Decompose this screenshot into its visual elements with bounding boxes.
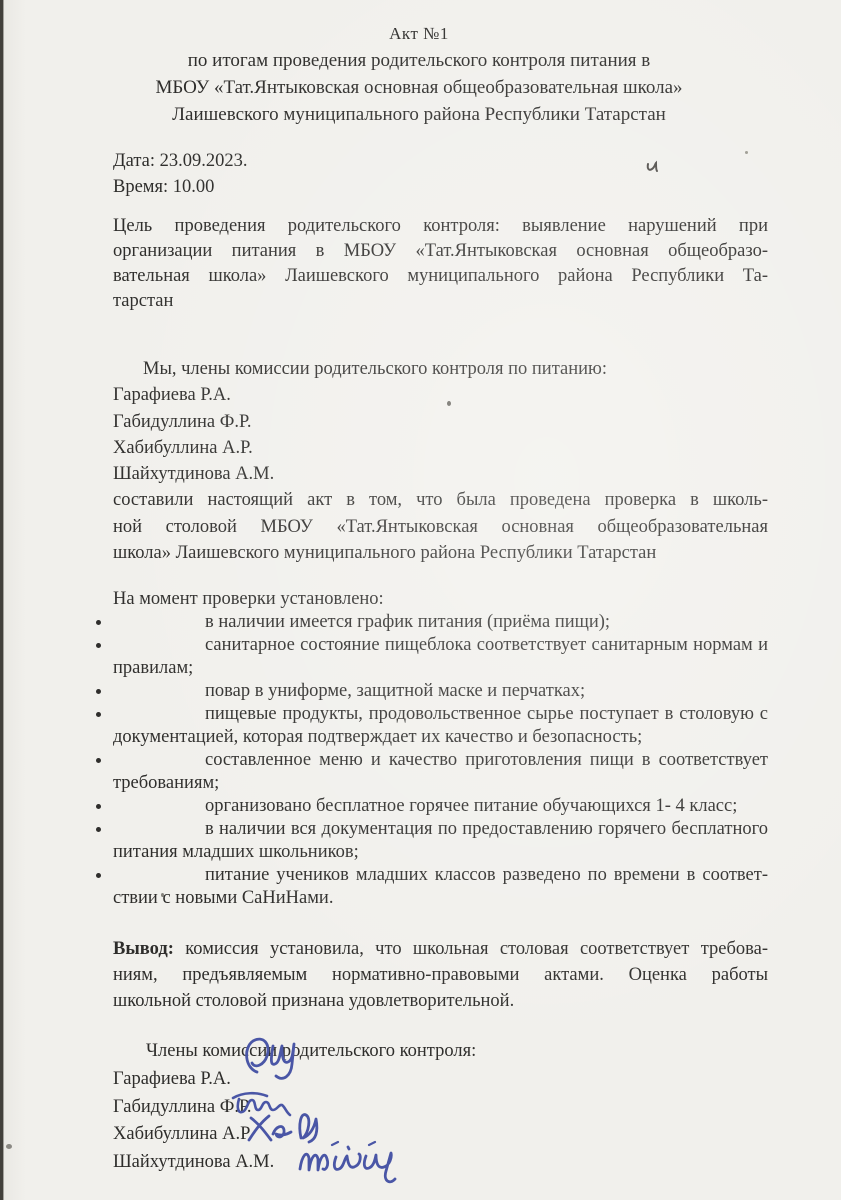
signatory-row: Габидуллина Ф.Р. — [113, 1094, 768, 1122]
time-line: Время: 10.00 — [113, 174, 768, 200]
purpose-line: вательная школа» Лаишевского муниципальн… — [113, 264, 768, 289]
title-line: Лаишевского муниципального района Респуб… — [113, 101, 725, 128]
scan-speck — [161, 893, 164, 897]
commission-member: Габидуллина Ф.Р. — [113, 409, 768, 435]
finding-line: санитарное состояние пищеблока соответст… — [113, 634, 768, 657]
conclusion-line: школьной столовой признана удовлетворите… — [113, 988, 768, 1014]
scanned-document: { "colors": { "paper": "#f1f0ec", "ink_t… — [0, 0, 841, 1200]
conclusion-label: Вывод: — [113, 939, 174, 959]
title-line: МБОУ «Тат.Янтыковская основная общеобраз… — [113, 74, 725, 101]
finding-line: повар в униформе, защитной маске и перча… — [113, 680, 768, 703]
finding-line: организовано бесплатное горячее питание … — [113, 795, 768, 818]
commission-section: Мы, члены комиссии родительского контрол… — [113, 356, 768, 566]
signatory-name: Габидуллина Ф.Р. — [113, 1097, 252, 1117]
purpose-line: тарстан — [113, 289, 768, 314]
finding-item: составленное меню и качество приготовлен… — [113, 749, 768, 795]
signatory-name: Шайхутдинова А.М. — [113, 1152, 274, 1172]
finding-line: питание учеников младших классов разведе… — [113, 864, 768, 887]
findings-list: в наличии имеется график питания (приёма… — [113, 611, 768, 910]
signatory-row: Гарафиева Р.А. — [113, 1066, 768, 1094]
finding-line: составленное меню и качество приготовлен… — [113, 749, 768, 772]
signatory-name: Гарафиева Р.А. — [113, 1069, 231, 1089]
finding-line: в наличии имеется график питания (приёма… — [113, 611, 768, 634]
purpose-line: Цель проведения родительского контроля: … — [113, 214, 768, 239]
finding-item: повар в униформе, защитной маске и перча… — [113, 680, 768, 703]
act-statement-line: школа» Лаишевского муниципального района… — [113, 540, 768, 566]
finding-line: документацией, которая подтверждает их к… — [113, 726, 768, 749]
act-statement-line: ной столовой МБОУ «Тат.Янтыковская основ… — [113, 514, 768, 540]
commission-intro: Мы, члены комиссии родительского контрол… — [113, 356, 768, 382]
finding-line: правилам; — [113, 657, 768, 680]
finding-item: питание учеников младших классов разведе… — [113, 864, 768, 910]
document-sheet: Акт №1 по итогам проведения родительског… — [0, 0, 841, 1176]
scan-speck — [447, 401, 451, 406]
finding-line: питания младших школьников; — [113, 841, 768, 864]
finding-item: в наличии имеется график питания (приёма… — [113, 611, 768, 634]
closing-heading: Члены комиссии родительского контроля: — [113, 1038, 768, 1066]
purpose-paragraph: Цель проведения родительского контроля: … — [113, 214, 768, 314]
scan-speck — [6, 1144, 12, 1149]
signatures-section: Члены комиссии родительского контроля: Г… — [113, 1038, 768, 1176]
document-title-block: Акт №1 по итогам проведения родительског… — [113, 0, 725, 128]
findings-heading: На момент проверки установлено: — [113, 588, 768, 611]
commission-member: Хабибуллина А.Р. — [113, 435, 768, 461]
commission-member: Шайхутдинова А.М. — [113, 461, 768, 487]
signatory-row: Шайхутдинова А.М. — [113, 1149, 768, 1177]
title-line: по итогам проведения родительского контр… — [113, 47, 725, 74]
finding-line: пищевые продукты, продовольственное сырь… — [113, 703, 768, 726]
date-line: Дата: 23.09.2023. — [113, 148, 768, 174]
finding-line: ствии с новыми СаНиНами. — [113, 887, 768, 910]
conclusion-line: Вывод: комиссия установила, что школьная… — [113, 936, 768, 962]
date-time-block: Дата: 23.09.2023. Время: 10.00 — [113, 148, 768, 200]
scan-squiggle-artifact — [645, 160, 659, 174]
act-number-title: Акт №1 — [113, 20, 725, 47]
act-statement-line: составили настоящий акт в том, что была … — [113, 487, 768, 513]
finding-line: требованиям; — [113, 772, 768, 795]
purpose-line: организации питания в МБОУ «Тат.Янтыковс… — [113, 239, 768, 264]
finding-item: пищевые продукты, продовольственное сырь… — [113, 703, 768, 749]
finding-item: в наличии вся документация по предоставл… — [113, 818, 768, 864]
scan-speck — [745, 151, 748, 154]
finding-item: организовано бесплатное горячее питание … — [113, 795, 768, 818]
commission-member: Гарафиева Р.А. — [113, 382, 768, 408]
signatory-name: Хабибуллина А.Р. — [113, 1124, 253, 1144]
finding-line: в наличии вся документация по предоставл… — [113, 818, 768, 841]
conclusion-paragraph: Вывод: комиссия установила, что школьная… — [113, 936, 768, 1014]
conclusion-line: ниям, предъявляемым нормативно-правовыми… — [113, 962, 768, 988]
finding-item: санитарное состояние пищеблока соответст… — [113, 634, 768, 680]
signatory-row: Хабибуллина А.Р. — [113, 1121, 768, 1149]
